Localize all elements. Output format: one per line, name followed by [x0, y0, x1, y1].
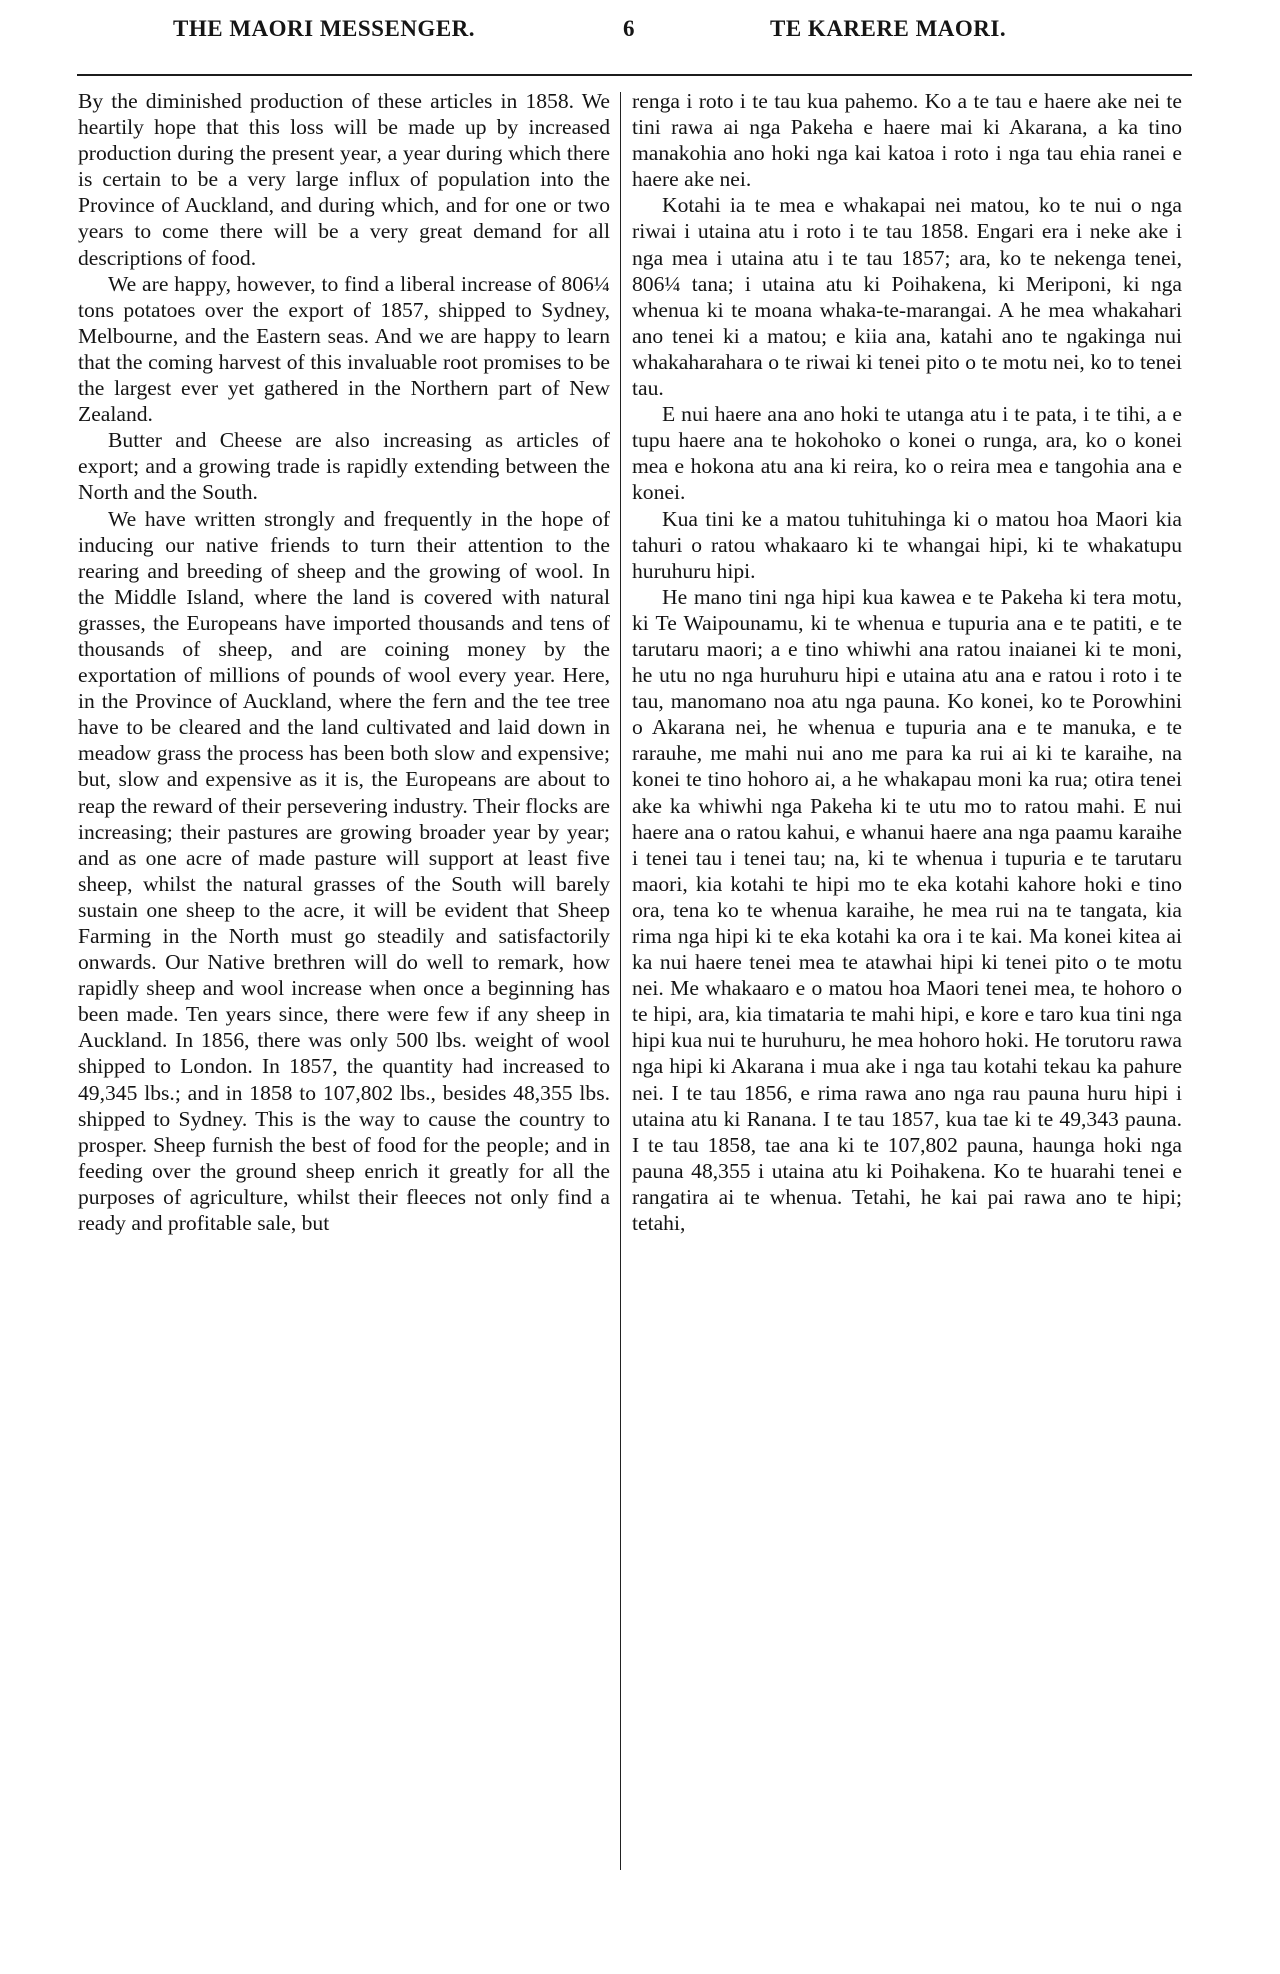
paragraph: Kua tini ke a matou tuhituhinga ki o mat… [632, 506, 1182, 584]
maori-title: TE KARERE MAORI. [770, 16, 1006, 42]
header-rule [77, 74, 1192, 76]
paragraph: We are happy, however, to find a liberal… [78, 271, 610, 428]
paragraph: E nui haere ana ano hoki te utanga atu i… [632, 401, 1182, 505]
masthead: THE MAORI MESSENGER. 6 TE KARERE MAORI. [0, 8, 1280, 48]
english-column: By the diminished production of these ar… [78, 88, 610, 1236]
paragraph: Kotahi ia te mea e whakapai nei matou, k… [632, 192, 1182, 401]
column-divider [620, 92, 621, 1870]
paragraph: He mano tini nga hipi kua kawea e te Pak… [632, 584, 1182, 1236]
english-title: THE MAORI MESSENGER. [173, 16, 475, 42]
paragraph: renga i roto i te tau kua pahemo. Ko a t… [632, 88, 1182, 192]
newspaper-page: THE MAORI MESSENGER. 6 TE KARERE MAORI. … [0, 0, 1280, 1974]
paragraph: By the diminished production of these ar… [78, 88, 610, 271]
paragraph: We have written strongly and frequently … [78, 506, 610, 1237]
page-number: 6 [623, 16, 635, 42]
paragraph: Butter and Cheese are also increasing as… [78, 427, 610, 505]
maori-column: renga i roto i te tau kua pahemo. Ko a t… [632, 88, 1182, 1236]
